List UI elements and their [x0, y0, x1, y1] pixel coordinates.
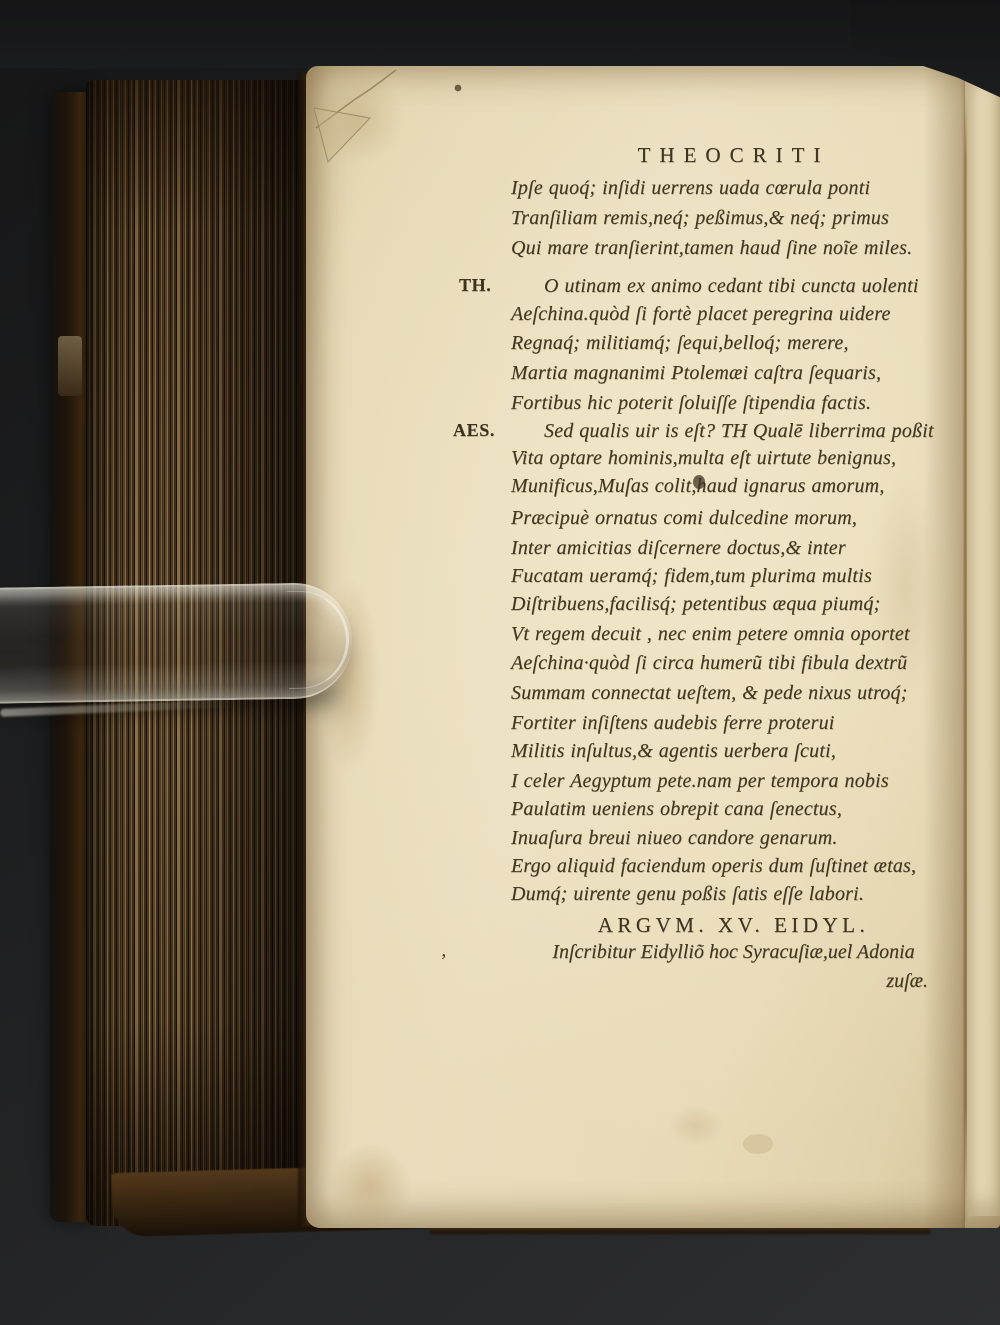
verse-line: Summam connectat ueſtem, & pede nixus ut… [511, 680, 971, 706]
running-title: THEOCRITI [511, 143, 956, 168]
argument-line: Inſcribitur Eidylliõ hoc Syracuſiæ,uel A… [511, 941, 956, 964]
glass-rod [0, 582, 353, 704]
verse-line: Ergo aliquid faciendum operis dum ſuſtin… [511, 853, 971, 879]
verse-line: I celer Aegyptum pete.nam per tempora no… [511, 768, 971, 794]
verse-line: Militis inſultus,& agentis uerbera ſcuti… [511, 738, 971, 764]
verse-line: Diſtribuens,facilisq́; petentibus æqua p… [511, 591, 971, 617]
verse-line: Vt regem decuit , nec enim petere omnia … [511, 621, 971, 647]
verse-line: Munificus,Muſas colit,haud ignarus amoru… [511, 473, 971, 499]
verse-line: Fortibus hic poterit ſoluiſſe ſtipendia … [511, 390, 971, 416]
margin-mark: ’ [439, 950, 446, 973]
verse-line: Tranſiliam remis,neq́; peßimus,& neq́; p… [511, 205, 971, 231]
book-page: THEOCRITI TH. AES. Ipſe quoq́; inſidi ue… [306, 66, 1000, 1228]
verse-line: Aeſchina·quòd ſi circa humerũ tibi fibul… [511, 650, 971, 676]
book-clasp [58, 336, 82, 396]
verse-line: Fortiter inſiſtens audebis ferre proteru… [511, 710, 971, 736]
speaker-label-aes: AES. [453, 420, 495, 441]
verse-line: Aeſchina.quòd ſi fortè placet peregrina … [511, 301, 971, 327]
verse-line: Martia magnanimi Ptolemæi caſtra ſequari… [511, 360, 971, 386]
section-heading: ARGVM. XV. EIDYL. [511, 913, 956, 938]
verse-line: Inter amicitias diſcernere doctus,& inte… [511, 535, 971, 561]
adjacent-page-edge [967, 68, 1000, 1216]
verse-line: Fucatam ueramq́; fidem,tum plurima multi… [511, 563, 971, 589]
verse-line: Ipſe quoq́; inſidi uerrens uada cœrula p… [511, 175, 971, 201]
speaker-label-th: TH. [459, 275, 491, 296]
page-curl-shading [923, 66, 965, 1228]
verse-line: Regnaq́; militiamq́; ſequi,belloq́; mere… [511, 330, 971, 356]
paper-stain [306, 66, 436, 196]
verse-line: Vita optare hominis,multa eſt uirtute be… [511, 445, 971, 471]
verse-line: Dumq́; uirente genu poßis ſatis eſſe lab… [511, 881, 971, 907]
verse-line: Paulatim ueniens obrepit cana ſenectus, [511, 796, 971, 822]
verse-line: Qui mare tranſierint,tamen haud ſine noĩ… [511, 235, 971, 261]
paper-stain [656, 1096, 736, 1156]
argument-line-continuation: zuſæ. [511, 970, 956, 993]
photo-stage: THEOCRITI TH. AES. Ipſe quoq́; inſidi ue… [0, 0, 1000, 1325]
verse-line: Inuaſura breui niueo candore genarum. [511, 825, 971, 851]
verse-line: Præcipuè ornatus comi dulcedine morum, [511, 505, 971, 531]
